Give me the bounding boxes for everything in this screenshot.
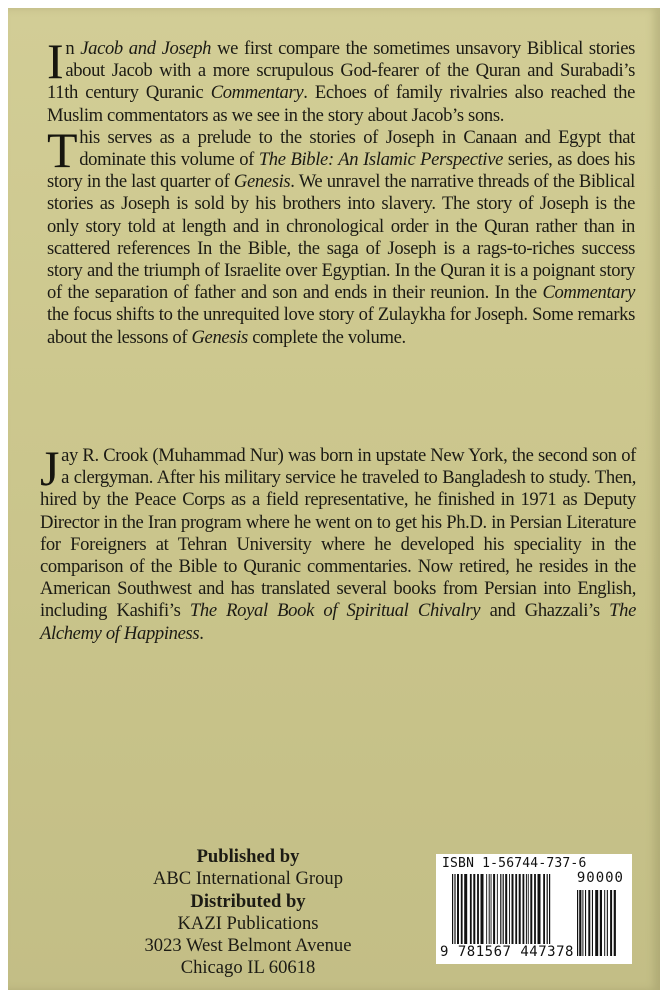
dropcap-letter: J bbox=[40, 445, 59, 488]
author-bio-text: ay R. Crook (Muhammad Nur) was born in u… bbox=[40, 445, 636, 644]
distributor-name: KAZI Publications bbox=[118, 913, 378, 935]
distributed-by-label: Distributed by bbox=[118, 891, 378, 913]
distributor-address-line-2: Chicago IL 60618 bbox=[118, 957, 378, 979]
isbn-barcode: ISBN 1-56744-737-6 90000 9 781567 447378 bbox=[436, 854, 632, 964]
distributor-address-line-1: 3023 West Belmont Avenue bbox=[118, 935, 378, 957]
addon-barcode-bars bbox=[577, 890, 627, 956]
dropcap-letter: T bbox=[47, 127, 77, 170]
author-bio-paragraph: J ay R. Crook (Muhammad Nur) was born in… bbox=[40, 445, 636, 645]
book-back-cover: I n Jacob and Joseph we first compare th… bbox=[8, 8, 660, 990]
ean-number: 9 781567 447378 bbox=[440, 944, 574, 960]
published-by-label: Published by bbox=[118, 846, 378, 868]
blurb-paragraph-1-text: n Jacob and Joseph we first compare the … bbox=[47, 38, 635, 126]
blurb-paragraph-1: I n Jacob and Joseph we first compare th… bbox=[47, 38, 635, 127]
author-bio: J ay R. Crook (Muhammad Nur) was born in… bbox=[40, 445, 636, 645]
dropcap-letter: I bbox=[47, 38, 63, 81]
blurb-paragraph-2-text: his serves as a prelude to the stories o… bbox=[47, 127, 635, 348]
publisher-info: Published by ABC International Group Dis… bbox=[118, 846, 378, 980]
price-code: 90000 bbox=[577, 870, 624, 886]
book-blurb: I n Jacob and Joseph we first compare th… bbox=[47, 38, 635, 349]
blurb-paragraph-2: T his serves as a prelude to the stories… bbox=[47, 127, 635, 349]
isbn-label: ISBN 1-56744-737-6 bbox=[442, 856, 586, 871]
publisher-name: ABC International Group bbox=[118, 868, 378, 890]
